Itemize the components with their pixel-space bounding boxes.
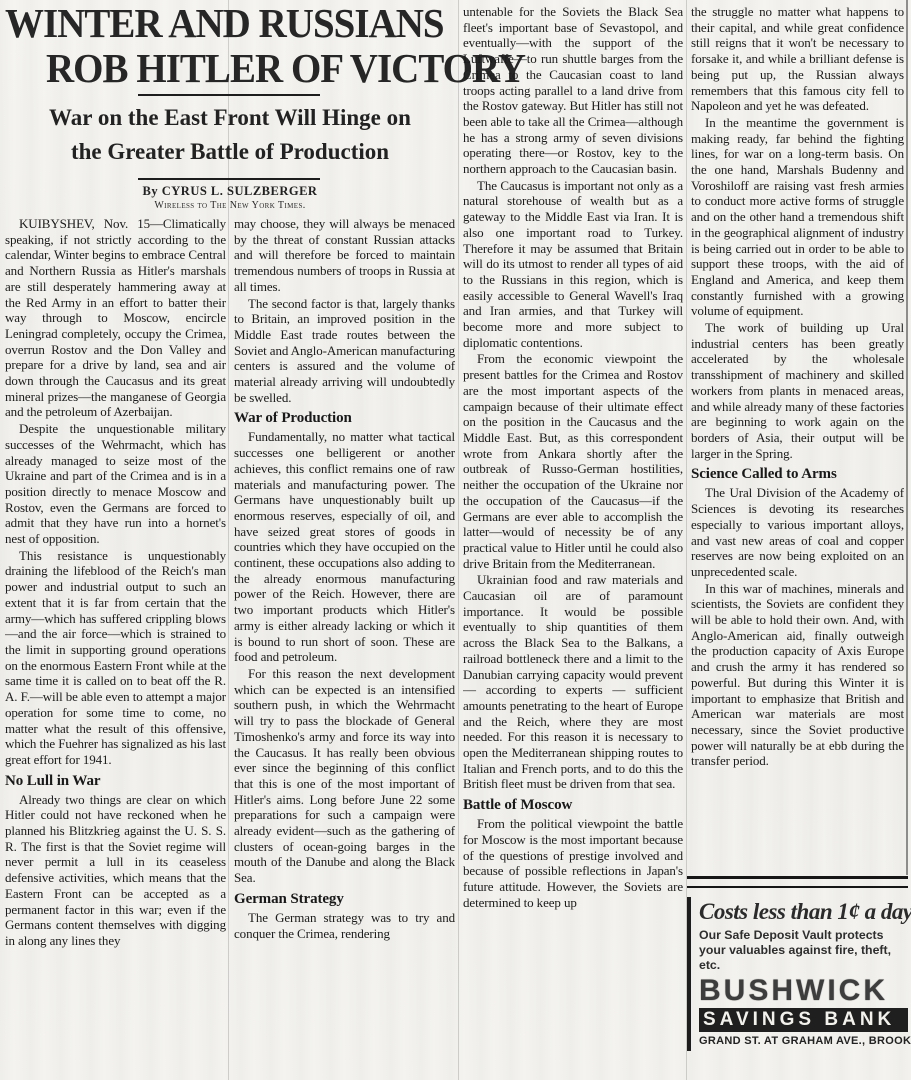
article-paragraph: The German strategy was to try and conqu… (234, 910, 455, 941)
subheadline-line2: the Greater Battle of Production (0, 135, 460, 169)
ad-address: GRAND ST. AT GRAHAM AVE., BROOKLYN (699, 1035, 908, 1047)
article-paragraph: may choose, they will always be menaced … (234, 216, 455, 295)
article-paragraph: Ukrainian food and raw materials and Cau… (463, 572, 683, 792)
article-paragraph: untenable for the Soviets the Black Sea … (463, 4, 683, 177)
divider-rule (138, 94, 320, 96)
article-paragraph: From the economic viewpoint the present … (463, 351, 683, 571)
article-paragraph: In the meantime the government is making… (691, 115, 904, 319)
article-masthead: WINTER AND RUSSIANS ROB HITLER OF VICTOR… (0, 0, 460, 215)
article-paragraph: KUIBYSHEV, Nov. 15—Climatically speaking… (5, 216, 226, 420)
bank-advertisement: Costs less than 1¢ a day Our Safe Deposi… (687, 876, 908, 1051)
section-heading: War of Production (234, 410, 455, 427)
article-column-4: the struggle no matter what happens to t… (691, 4, 904, 870)
byline: By CYRUS L. SULZBERGER (0, 184, 460, 199)
article-paragraph: The Ural Division of the Academy of Scie… (691, 485, 904, 579)
ad-content: Costs less than 1¢ a day Our Safe Deposi… (687, 897, 908, 1051)
ad-tagline: Costs less than 1¢ a day (699, 899, 908, 925)
article-column-2: may choose, they will always be menaced … (234, 216, 455, 1046)
article-paragraph: The work of building up Ural industrial … (691, 320, 904, 461)
section-heading: Battle of Moscow (463, 797, 683, 814)
article-paragraph: Fundamentally, no matter what tactical s… (234, 429, 455, 665)
ad-top-rule (687, 876, 908, 888)
article-paragraph: Already two things are clear on which Hi… (5, 792, 226, 949)
article-paragraph: This resistance is unquestionably draini… (5, 548, 226, 768)
section-heading: No Lull in War (5, 773, 226, 790)
article-paragraph: the struggle no matter what happens to t… (691, 4, 904, 114)
scan-edge-rule (906, 0, 908, 875)
article-paragraph: The Caucasus is important not only as a … (463, 178, 683, 351)
subheadline-line1: War on the East Front Will Hinge on (0, 101, 460, 135)
divider-rule (138, 178, 320, 180)
ad-subtext: Our Safe Deposit Vault protects your val… (699, 928, 908, 973)
article-paragraph: In this war of machines, minerals and sc… (691, 581, 904, 769)
ad-bank-name: BUSHWICK (699, 975, 908, 1007)
section-heading: Science Called to Arms (691, 466, 904, 483)
article-paragraph: From the political viewpoint the battle … (463, 816, 683, 910)
headline-line2: ROB HITLER OF VICTORY (46, 46, 525, 91)
article-column-3: untenable for the Soviets the Black Sea … (463, 4, 683, 1076)
wire-credit: Wireless to The New York Times. (0, 200, 460, 211)
article-paragraph: For this reason the next development whi… (234, 666, 455, 886)
section-heading: German Strategy (234, 891, 455, 908)
article-paragraph: The second factor is that, largely thank… (234, 296, 455, 406)
newspaper-clipping: WINTER AND RUSSIANS ROB HITLER OF VICTOR… (0, 0, 911, 1080)
article-column-1: KUIBYSHEV, Nov. 15—Climatically speaking… (5, 216, 226, 1078)
subheadline: War on the East Front Will Hinge on the … (0, 101, 460, 169)
article-paragraph: Despite the unquestionable military succ… (5, 421, 226, 547)
headline-line1: WINTER AND RUSSIANS (5, 1, 444, 46)
ad-bank-subname: SAVINGS BANK (699, 1008, 908, 1032)
